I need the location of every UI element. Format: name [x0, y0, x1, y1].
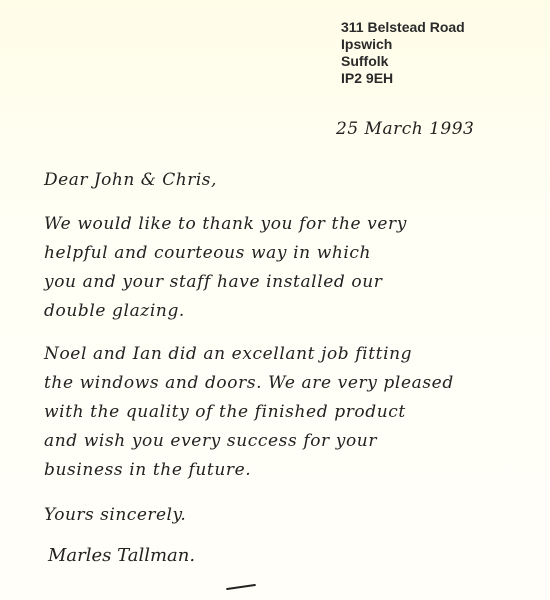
address-line-county: Suffolk	[341, 53, 465, 70]
address-line-street: 311 Belstead Road	[341, 19, 465, 36]
paragraph-line: Noel and Ian did an excellant job fittin…	[44, 340, 454, 369]
address-line-town: Ipswich	[341, 36, 465, 53]
salutation: Dear John & Chris,	[44, 170, 217, 190]
paragraph-praise: Noel and Ian did an excellant job fittin…	[44, 340, 454, 485]
paragraph-line: We would like to thank you for the very	[44, 210, 407, 239]
signature-underline	[226, 584, 256, 590]
signature: Marles Tallman.	[48, 545, 195, 566]
paragraph-line: with the quality of the finished product	[44, 398, 454, 427]
paragraph-line: you and your staff have installed our	[44, 268, 407, 297]
paragraph-line: business in the future.	[44, 456, 454, 485]
paragraph-line: the windows and doors. We are very pleas…	[44, 369, 454, 398]
sender-address: 311 Belstead Road Ipswich Suffolk IP2 9E…	[341, 19, 465, 87]
letter-page: 311 Belstead Road Ipswich Suffolk IP2 9E…	[0, 0, 550, 600]
paragraph-thanks: We would like to thank you for the very …	[44, 210, 407, 326]
address-line-postcode: IP2 9EH	[341, 70, 465, 87]
paragraph-line: helpful and courteous way in which	[44, 239, 407, 268]
paragraph-line: double glazing.	[44, 297, 407, 326]
paragraph-line: and wish you every success for your	[44, 427, 454, 456]
letter-date: 25 March 1993	[336, 119, 474, 139]
closing: Yours sincerely.	[44, 505, 186, 525]
